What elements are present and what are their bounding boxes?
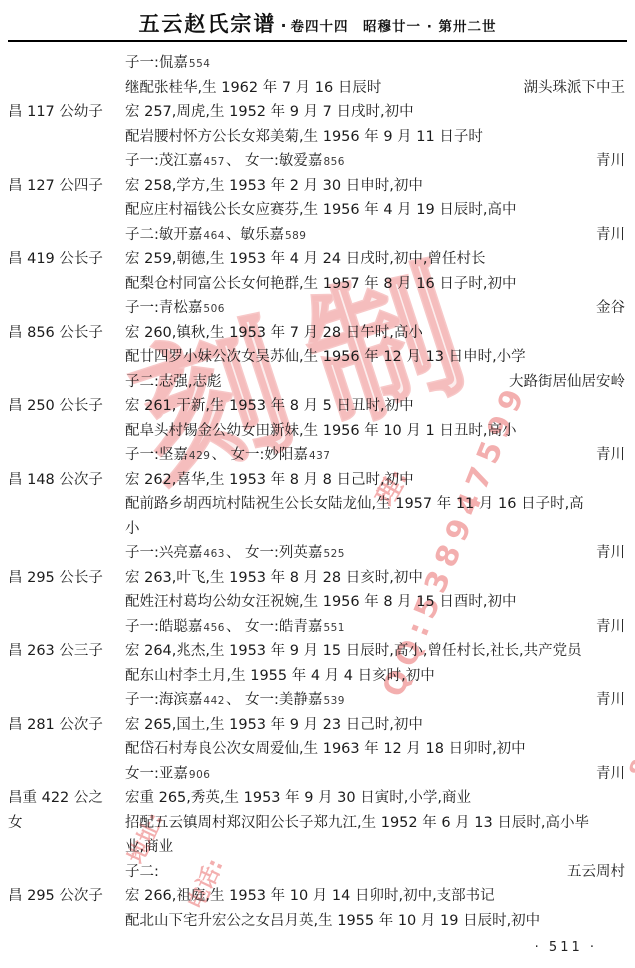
book-title: 五云赵氏宗谱 [138, 12, 276, 36]
reference-number: 525 [322, 548, 346, 560]
entry-text: 子一:兴亮嘉463、 女一:列英嘉525 [125, 541, 596, 567]
ancestor-label: 昌 263 公三子 [0, 639, 125, 664]
entry-text: 子一:坚嘉429、 女一:妙阳嘉437 [125, 443, 596, 469]
entry-line: 女一:亚嘉906青川 [0, 762, 635, 787]
residence-place: 青川 [596, 762, 635, 787]
reference-number: 463 [202, 548, 226, 560]
entry-text: 配阜头村锡金公幼女田新妹,生 1956 年 10 月 1 日丑时,高小 [125, 419, 635, 444]
reference-number: 457 [202, 156, 226, 168]
entry-line: 昌 295 公次子宏 266,祖庭,生 1953 年 10 月 14 日卯时,初… [0, 884, 635, 909]
entry-line: 昌 148 公次子宏 262,喜华,生 1953 年 8 月 8 日己时,初中 [0, 468, 635, 493]
ancestor-label: 昌 281 公次子 [0, 713, 125, 738]
ancestor-label: 昌 250 公长子 [0, 394, 125, 419]
reference-number: 456 [202, 622, 226, 634]
ancestor-label: 昌 127 公四子 [0, 174, 125, 199]
entry-text: 配岱石村寿良公次女周爱仙,生 1963 年 12 月 18 日卯时,初中 [125, 737, 635, 762]
entry-text: 宏 260,镇秋,生 1953 年 7 月 28 日午时,高小 [125, 321, 635, 346]
entry-line: 昌 117 公幼子宏 257,周虎,生 1952 年 9 月 7 日戌时,初中 [0, 100, 635, 125]
entry-text: 子二:敏开嘉464、敏乐嘉589 [125, 223, 596, 249]
reference-number: 554 [188, 58, 212, 70]
entry-line: 子一:坚嘉429、 女一:妙阳嘉437青川 [0, 443, 635, 468]
entry-line: 业,商业 [0, 835, 635, 860]
residence-place: 青川 [596, 541, 635, 566]
entry-text: 子一:青松嘉506 [125, 296, 596, 322]
volume-subtitle: 卷四十四 昭穆廿一 · 第卅二世 [291, 19, 497, 35]
entry-text: 宏 263,叶飞,生 1953 年 8 月 28 日亥时,初中 [125, 566, 635, 591]
residence-place: 青川 [596, 223, 635, 248]
entries-list: 子一:侃嘉554继配张桂华,生 1962 年 7 月 16 日辰时湖头珠派下中王… [0, 51, 635, 933]
entry-line: 配北山下宅升宏公之女吕月英,生 1955 年 10 月 19 日辰时,初中 [0, 909, 635, 934]
entry-text: 业,商业 [125, 835, 635, 860]
entry-line: 子一:茂江嘉457、 女一:敏爱嘉856青川 [0, 149, 635, 174]
ancestor-label: 昌重 422 公之 [0, 786, 125, 811]
entry-text: 配应庄村福钱公长女应赛芬,生 1956 年 4 月 19 日辰时,高中 [125, 198, 635, 223]
entry-text: 子一:茂江嘉457、 女一:敏爱嘉856 [125, 149, 596, 175]
entry-text: 宏 257,周虎,生 1952 年 9 月 7 日戌时,初中 [125, 100, 635, 125]
entry-line: 昌 127 公四子宏 258,学方,生 1953 年 2 月 30 日申时,初中 [0, 174, 635, 199]
entry-line: 子二:敏开嘉464、敏乐嘉589青川 [0, 223, 635, 248]
entry-text: 子一:侃嘉554 [125, 51, 635, 77]
entry-text: 宏 259,朝德,生 1953 年 4 月 24 日戌时,初中,曾任村长 [125, 247, 635, 272]
entry-text: 配梨仓村同富公长女何艳群,生 1957 年 8 月 16 日子时,初中 [125, 272, 635, 297]
reference-number: 429 [188, 450, 212, 462]
residence-place: 金谷 [596, 296, 635, 321]
entry-line: 继配张桂华,生 1962 年 7 月 16 日辰时湖头珠派下中王 [0, 76, 635, 101]
entry-text: 女一:亚嘉906 [125, 762, 596, 788]
residence-place: 五云周村 [567, 860, 635, 885]
entry-text: 宏 258,学方,生 1953 年 2 月 30 日申时,初中 [125, 174, 635, 199]
entry-text: 配岩腰村怀方公长女郑美菊,生 1956 年 9 月 11 日子时 [125, 125, 635, 150]
reference-number: 539 [322, 695, 346, 707]
entry-line: 子二:五云周村 [0, 860, 635, 885]
entry-text: 配东山村李土月,生 1955 年 4 月 4 日亥时,初中 [125, 664, 635, 689]
reference-number: 437 [308, 450, 332, 462]
entry-line: 配姓汪村葛均公幼女汪祝婉,生 1956 年 8 月 15 日酉时,初中 [0, 590, 635, 615]
reference-number: 589 [284, 230, 308, 242]
entry-line: 女招配五云镇周村郑汉阳公长子郑九江,生 1952 年 6 月 13 日辰时,高小… [0, 811, 635, 836]
entry-line: 昌 419 公长子宏 259,朝德,生 1953 年 4 月 24 日戌时,初中… [0, 247, 635, 272]
entry-text: 继配张桂华,生 1962 年 7 月 16 日辰时 [125, 76, 524, 101]
entry-line: 昌 263 公三子宏 264,兆杰,生 1953 年 9 月 15 日辰时,高小… [0, 639, 635, 664]
entry-text: 宏 266,祖庭,生 1953 年 10 月 14 日卯时,初中,支部书记 [125, 884, 635, 909]
entry-text: 小 [125, 517, 635, 542]
title-separator: · [280, 16, 286, 35]
entry-text: 宏 265,国土,生 1953 年 9 月 23 日己时,初中 [125, 713, 635, 738]
entry-text: 配姓汪村葛均公幼女汪祝婉,生 1956 年 8 月 15 日酉时,初中 [125, 590, 635, 615]
entry-text: 宏 264,兆杰,生 1953 年 9 月 15 日辰时,高小,曾任村长,社长,… [125, 639, 635, 664]
residence-place: 大路街居仙居安岭 [509, 370, 635, 395]
entry-line: 配岩腰村怀方公长女郑美菊,生 1956 年 9 月 11 日子时 [0, 125, 635, 150]
entry-line: 子二:志强,志彪大路街居仙居安岭 [0, 370, 635, 395]
ancestor-label: 昌 295 公长子 [0, 566, 125, 591]
entry-line: 昌 295 公长子宏 263,叶飞,生 1953 年 8 月 28 日亥时,初中 [0, 566, 635, 591]
entry-text: 子一:皓聪嘉456、 女一:皓青嘉551 [125, 615, 596, 641]
entry-line: 配廿四罗小妹公次女吴苏仙,生 1956 年 12 月 13 日申时,小学 [0, 345, 635, 370]
header-rule [8, 40, 627, 42]
reference-number: 551 [322, 622, 346, 634]
entry-line: 子一:皓聪嘉456、 女一:皓青嘉551青川 [0, 615, 635, 640]
residence-place: 青川 [596, 443, 635, 468]
ancestor-label: 昌 856 公长子 [0, 321, 125, 346]
reference-number: 856 [322, 156, 346, 168]
entry-line: 配阜头村锡金公幼女田新妹,生 1956 年 10 月 1 日丑时,高小 [0, 419, 635, 444]
entry-line: 配梨仓村同富公长女何艳群,生 1957 年 8 月 16 日子时,初中 [0, 272, 635, 297]
entry-text: 宏重 265,秀英,生 1953 年 9 月 30 日寅时,小学,商业 [125, 786, 635, 811]
entry-line: 昌重 422 公之宏重 265,秀英,生 1953 年 9 月 30 日寅时,小… [0, 786, 635, 811]
entry-text: 子二:志强,志彪 [125, 370, 509, 395]
entry-line: 配前路乡胡西坑村陆祝生公长女陆龙仙,生 1957 年 11 月 16 日子时,高 [0, 492, 635, 517]
entry-text: 宏 262,喜华,生 1953 年 8 月 8 日己时,初中 [125, 468, 635, 493]
reference-number: 442 [202, 695, 226, 707]
entry-line: 昌 250 公长子宏 261,干新,生 1953 年 8 月 5 日丑时,初中 [0, 394, 635, 419]
ancestor-label: 昌 148 公次子 [0, 468, 125, 493]
entry-line: 子一:兴亮嘉463、 女一:列英嘉525青川 [0, 541, 635, 566]
entry-text: 招配五云镇周村郑汉阳公长子郑九江,生 1952 年 6 月 13 日辰时,高小毕 [125, 811, 635, 836]
residence-place: 青川 [596, 688, 635, 713]
ancestor-label: 昌 419 公长子 [0, 247, 125, 272]
entry-text: 子二: [125, 860, 567, 885]
reference-number: 506 [202, 303, 226, 315]
reference-number: 464 [202, 230, 226, 242]
entry-line: 子一:海滨嘉442、 女一:美静嘉539青川 [0, 688, 635, 713]
reference-number: 906 [188, 769, 212, 781]
page-number: · 511 · [535, 940, 597, 955]
residence-place: 湖头珠派下中王 [524, 76, 635, 101]
entry-line: 配东山村李土月,生 1955 年 4 月 4 日亥时,初中 [0, 664, 635, 689]
ancestor-label: 女 [0, 811, 125, 836]
entry-line: 小 [0, 517, 635, 542]
entry-text: 配北山下宅升宏公之女吕月英,生 1955 年 10 月 19 日辰时,初中 [125, 909, 635, 934]
entry-text: 子一:海滨嘉442、 女一:美静嘉539 [125, 688, 596, 714]
entry-text: 配前路乡胡西坑村陆祝生公长女陆龙仙,生 1957 年 11 月 16 日子时,高 [125, 492, 635, 517]
page-header: 五云赵氏宗谱·卷四十四 昭穆廿一 · 第卅二世 [0, 8, 635, 38]
entry-line: 昌 281 公次子宏 265,国土,生 1953 年 9 月 23 日己时,初中 [0, 713, 635, 738]
entry-line: 配应庄村福钱公长女应赛芬,生 1956 年 4 月 19 日辰时,高中 [0, 198, 635, 223]
entry-line: 昌 856 公长子宏 260,镇秋,生 1953 年 7 月 28 日午时,高小 [0, 321, 635, 346]
residence-place: 青川 [596, 615, 635, 640]
entry-line: 配岱石村寿良公次女周爱仙,生 1963 年 12 月 18 日卯时,初中 [0, 737, 635, 762]
ancestor-label: 昌 295 公次子 [0, 884, 125, 909]
entry-line: 子一:侃嘉554 [0, 51, 635, 76]
residence-place: 青川 [596, 149, 635, 174]
ancestor-label: 昌 117 公幼子 [0, 100, 125, 125]
entry-line: 子一:青松嘉506金谷 [0, 296, 635, 321]
entry-text: 配廿四罗小妹公次女吴苏仙,生 1956 年 12 月 13 日申时,小学 [125, 345, 635, 370]
entry-text: 宏 261,干新,生 1953 年 8 月 5 日丑时,初中 [125, 394, 635, 419]
genealogy-page: 刻制 QQ:538947599 地址: 电话: 理: 858394 五云赵氏宗谱… [0, 0, 635, 968]
